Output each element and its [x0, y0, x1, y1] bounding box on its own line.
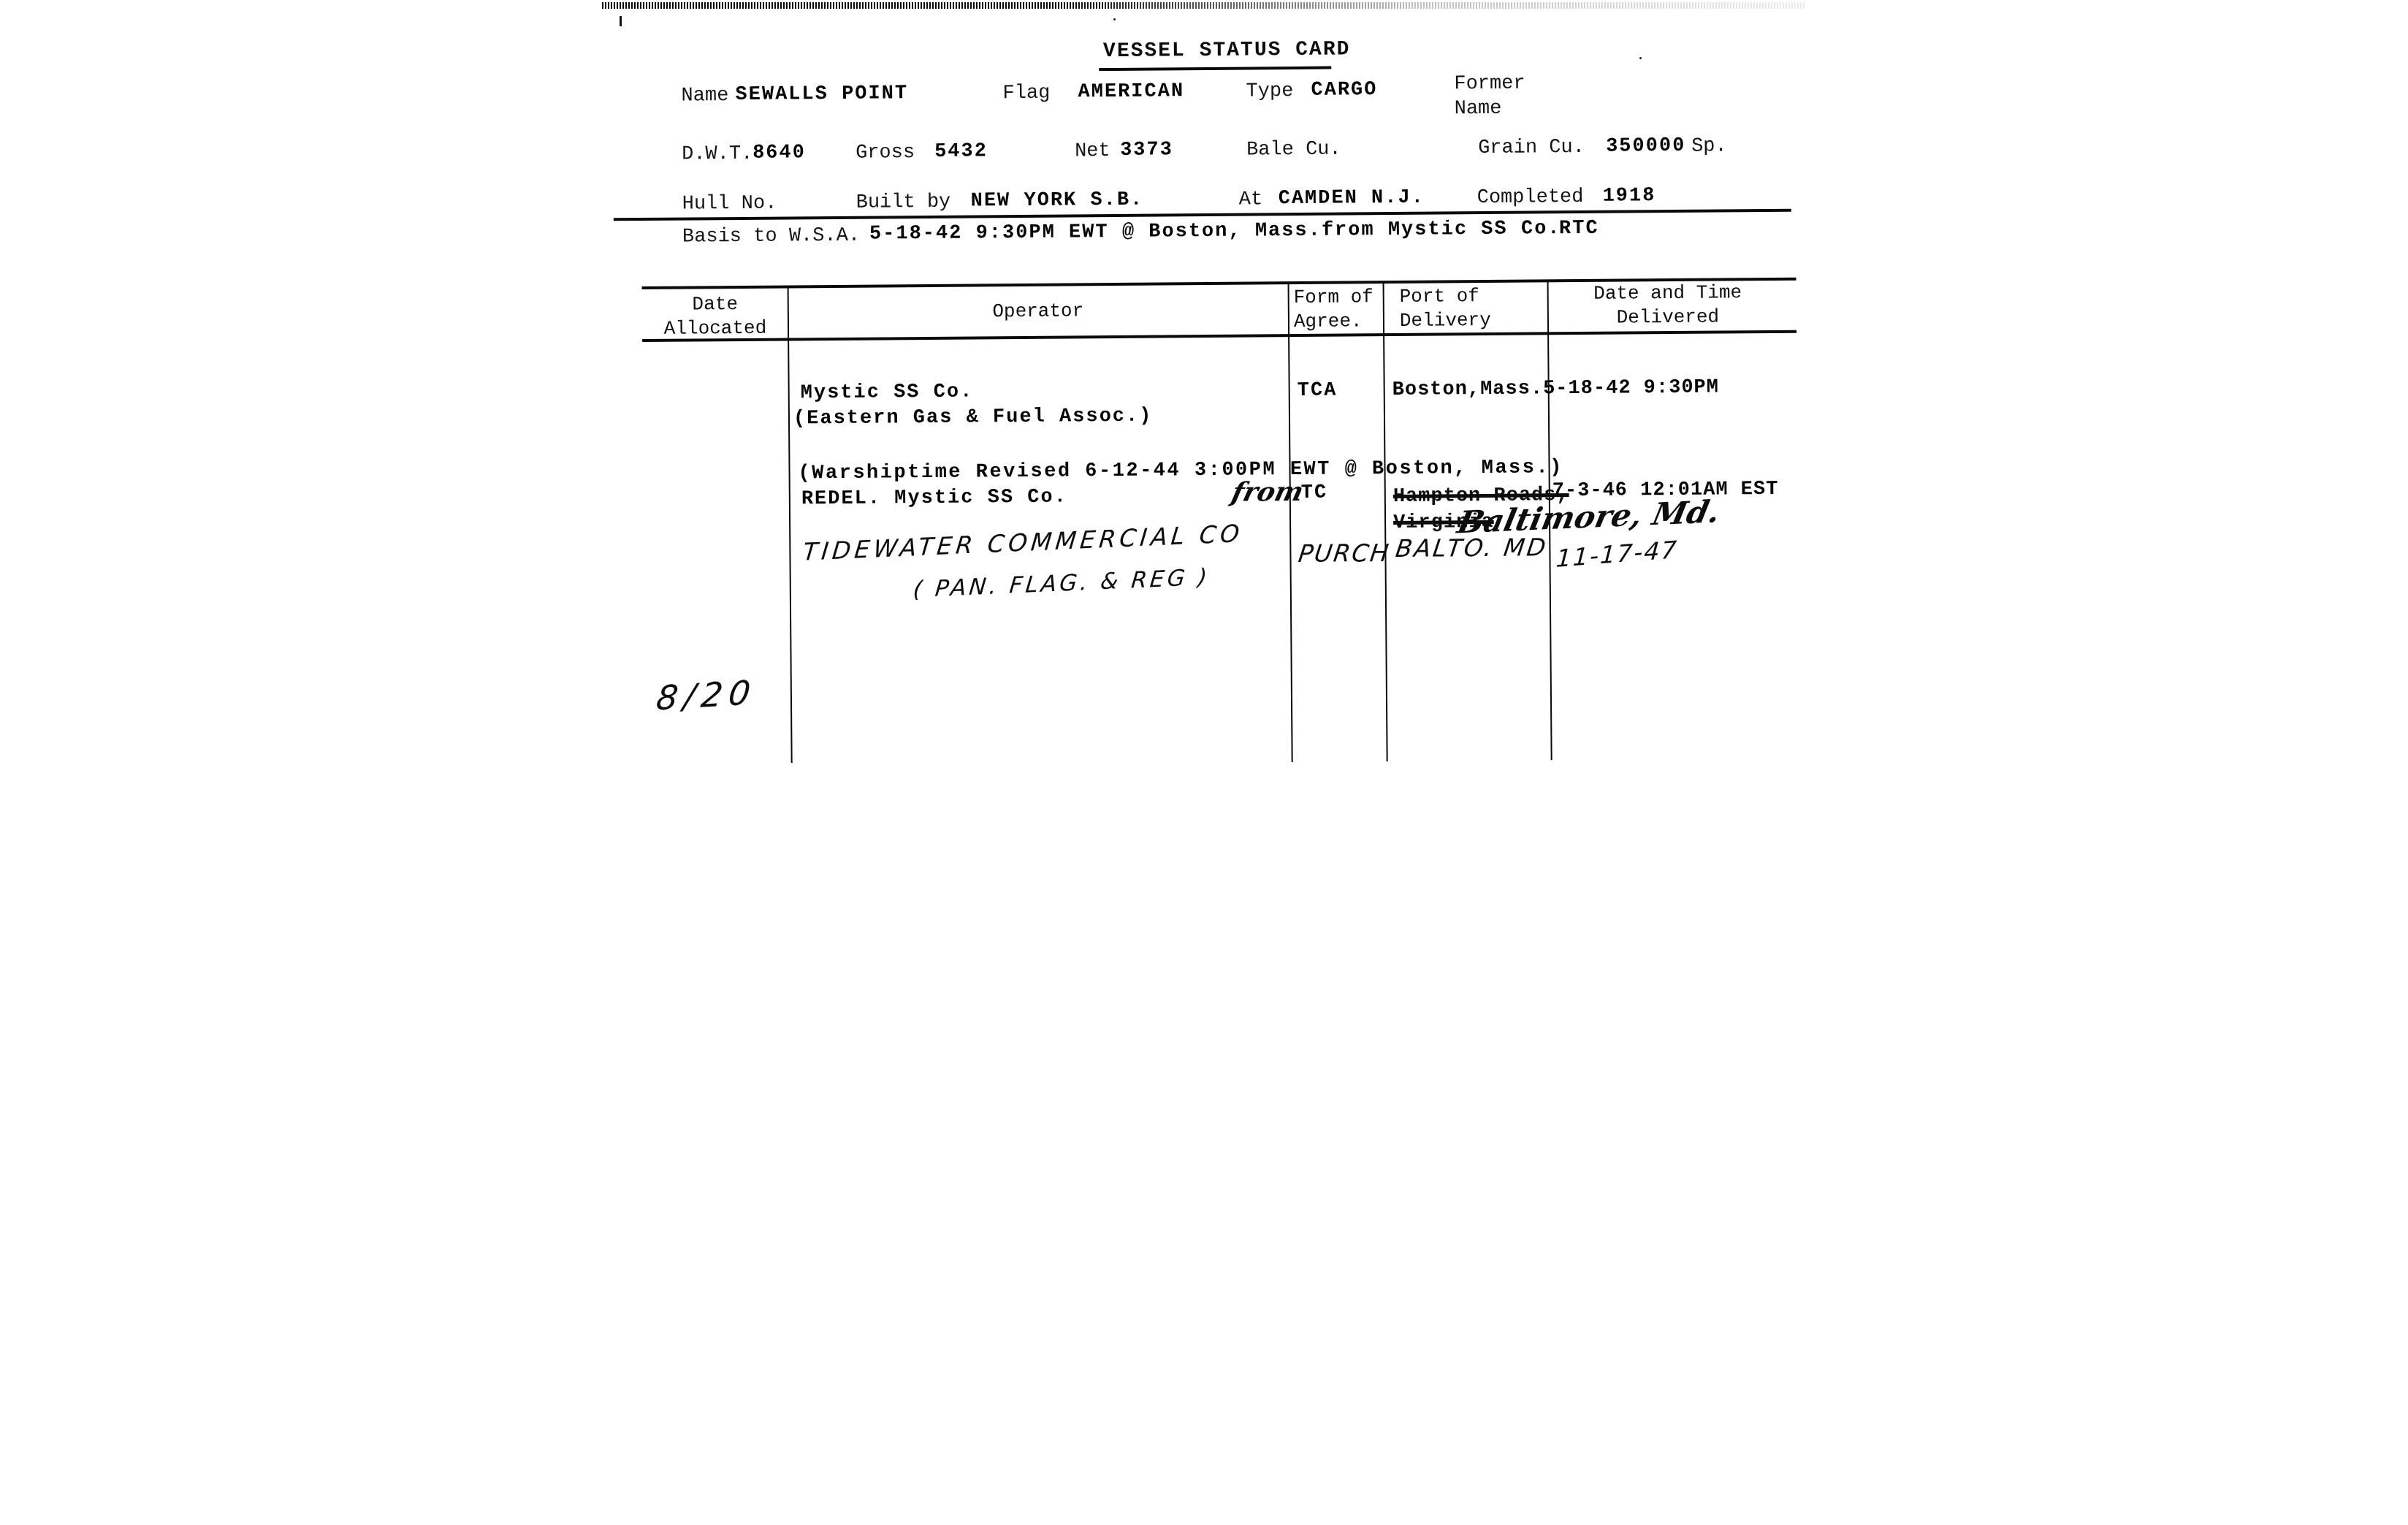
flag-label: Flag — [1002, 82, 1050, 107]
net-value: 3373 — [1120, 138, 1173, 163]
row3-port: BALTO. MD — [1394, 532, 1550, 563]
row2-warshiptime-note: (Warshiptime Revised 6-12-44 3:00PM EWT … — [798, 456, 1563, 487]
at-label: At — [1239, 188, 1263, 213]
basis-value: 5-18-42 9:30PM EWT @ Boston, Mass.from M… — [869, 217, 1561, 247]
type-label: Type — [1246, 80, 1293, 104]
completed-value: 1918 — [1602, 184, 1655, 209]
gross-label: Gross — [856, 141, 915, 166]
net-label: Net — [1075, 140, 1110, 164]
column-divider-3 — [1383, 282, 1388, 761]
row1-operator-line1: Mystic SS Co. — [801, 380, 974, 406]
completed-label: Completed — [1477, 186, 1584, 211]
row3-form-of-agree: PURCH — [1297, 538, 1392, 568]
row1-operator-line2: (Eastern Gas & Fuel Assoc.) — [793, 405, 1153, 433]
row2-form-of-agree: TC — [1301, 482, 1328, 506]
vessel-status-card: VESSEL STATUS CARD Name SEWALLS POINT Fl… — [602, 0, 1806, 763]
basis-label: Basis to W.S.A. — [682, 224, 860, 251]
row1-form-of-agree: TCA — [1298, 379, 1338, 404]
row1-port-and-date: Boston,Mass.5-18-42 9:30PM — [1392, 376, 1720, 403]
column-divider-2 — [1288, 283, 1293, 762]
type-value: CARGO — [1311, 78, 1377, 103]
row2-redel: REDEL. Mystic SS Co. — [801, 485, 1067, 512]
name-value: SEWALLS POINT — [735, 82, 908, 108]
row3-delivered: 11-17-47 — [1555, 534, 1680, 574]
row3-operator-line2: ( PAN. FLAG. & REG ) — [912, 563, 1211, 604]
header-date-allocated: Date Allocated — [649, 292, 782, 341]
header-operator: Operator — [929, 299, 1148, 324]
header-date-time-delivered: Date and Time Delivered — [1555, 281, 1782, 330]
at-value: CAMDEN N.J. — [1279, 186, 1425, 212]
flag-value: AMERICAN — [1078, 80, 1184, 105]
row3-operator-line1: TIDEWATER COMMERCIAL CO — [801, 518, 1244, 567]
grain-cu-value: 350000 — [1606, 134, 1685, 160]
grain-cu-suffix: Sp. — [1691, 134, 1727, 159]
title-underline — [1099, 66, 1331, 71]
table-header-border — [642, 330, 1797, 342]
basis-divider-line — [614, 209, 1791, 221]
built-by-value: NEW YORK S.B. — [971, 189, 1144, 215]
grain-cu-label: Grain Cu. — [1478, 136, 1585, 161]
hull-no-label: Hull No. — [682, 192, 777, 218]
header-port-of-delivery: Port of Delivery — [1400, 284, 1539, 332]
card-content: VESSEL STATUS CARD Name SEWALLS POINT Fl… — [602, 0, 1806, 763]
bale-cu-label: Bale Cu. — [1246, 138, 1341, 164]
dwt-label: D.W.T. — [682, 142, 752, 168]
name-label: Name — [681, 84, 728, 109]
header-form-of-agree: Form of Agree. — [1294, 285, 1381, 333]
built-by-label: Built by — [856, 191, 951, 216]
basis-rtc: RTC — [1559, 217, 1599, 242]
row2-from-handwritten: from — [1228, 476, 1306, 509]
gross-value: 5432 — [934, 140, 988, 164]
column-divider-1 — [788, 286, 793, 763]
former-name-label: Former Name — [1454, 72, 1525, 122]
card-title: VESSEL STATUS CARD — [1103, 37, 1351, 64]
dwt-value: 8640 — [752, 141, 806, 166]
footer-note: 8/20 — [654, 672, 758, 720]
